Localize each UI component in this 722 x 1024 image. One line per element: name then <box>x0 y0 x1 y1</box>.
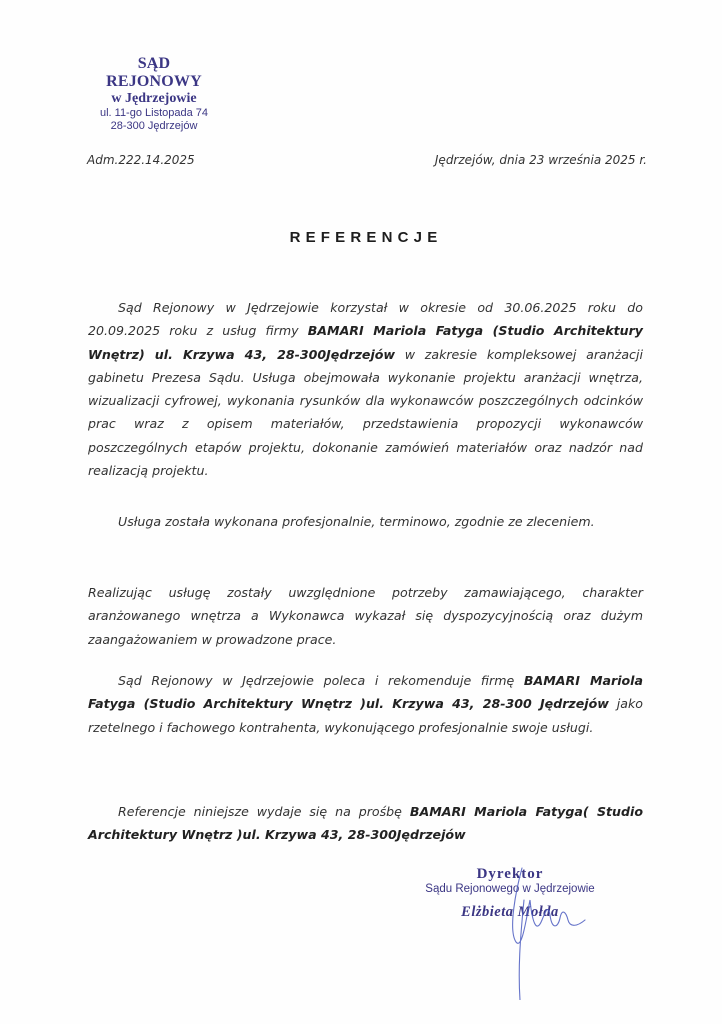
paragraph-5: Referencje niniejsze wydaje się na prośb… <box>88 800 643 847</box>
paragraph-4: Sąd Rejonowy w Jędrzejowie poleca i reko… <box>88 669 643 739</box>
stamp-court-name: SĄD REJONOWY <box>90 55 218 91</box>
paragraph-3: Realizując usługę zostały uwzględnione p… <box>88 581 643 651</box>
paragraph-1: Sąd Rejonowy w Jędrzejowie korzystał w o… <box>88 296 643 482</box>
paragraph-4-text-a: Sąd Rejonowy w Jędrzejowie poleca i reko… <box>118 673 524 688</box>
stamp-street: ul. 11-go Listopada 74 <box>90 107 218 120</box>
paragraph-1-text-c: w zakresie kompleksowej aranżacji gabine… <box>88 347 643 478</box>
stamp-court-city: w Jędrzejowie <box>90 91 218 107</box>
handwritten-signature-icon <box>490 860 600 1000</box>
place-date: Jędrzejów, dnia 23 września 2025 r. <box>435 153 647 167</box>
paragraph-2: Usługa została wykonana profesjonalnie, … <box>88 510 643 533</box>
court-header-stamp: SĄD REJONOWY w Jędrzejowie ul. 11-go Lis… <box>90 55 218 133</box>
reference-number: Adm.222.14.2025 <box>87 153 195 167</box>
document-title: REFERENCJE <box>0 229 722 246</box>
paragraph-5-text-a: Referencje niniejsze wydaje się na prośb… <box>118 804 410 819</box>
document-page: SĄD REJONOWY w Jędrzejowie ul. 11-go Lis… <box>0 0 722 1024</box>
stamp-postal: 28-300 Jędrzejów <box>90 120 218 133</box>
